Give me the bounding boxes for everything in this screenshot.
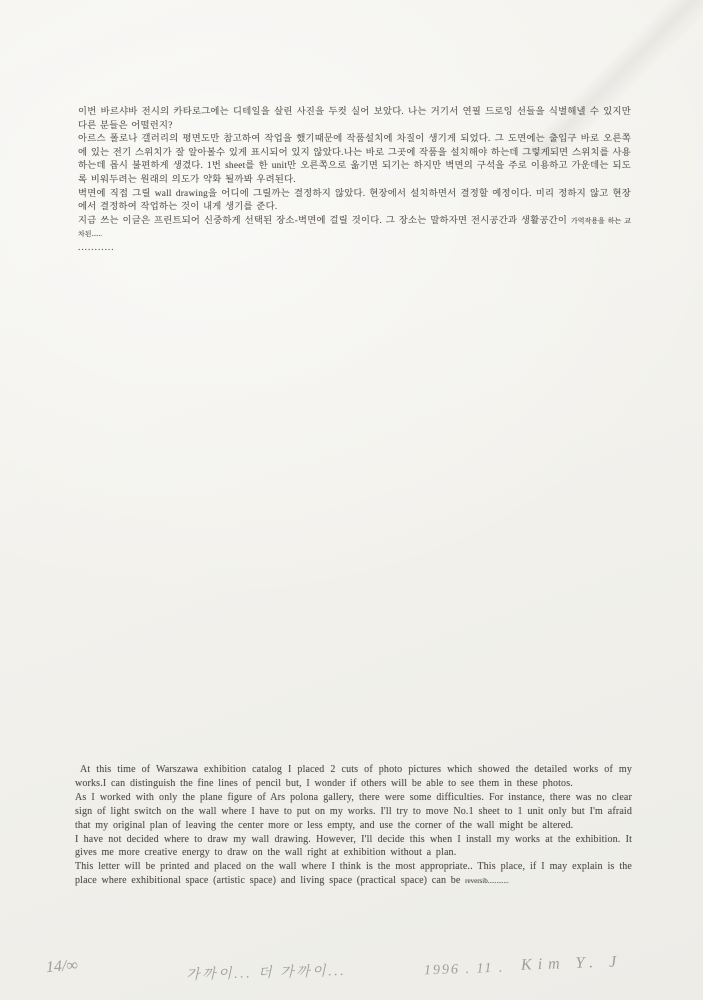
korean-paragraph-2: 아르스 폴로나 갤러리의 평면도만 참고하여 작업을 했기때문에 작품설치에 차… [78, 133, 631, 187]
artist-signature: Kim Y. J [521, 953, 623, 975]
edition-number-handwritten: 14/∞ [45, 957, 78, 977]
english-paragraph-4: This letter will be printed and placed o… [75, 860, 632, 889]
korean-paragraph-3: 벽면에 직접 그릴 wall drawing을 어디에 그릴까는 결정하지 않았… [78, 188, 631, 215]
korean-closing-main: 지금 쓰는 이글은 프린트되어 신중하게 선택된 장소-벽면에 걸릴 것이다. … [78, 216, 571, 226]
english-paragraph-3: I have not decided where to draw my wall… [75, 833, 632, 861]
date-handwritten: 1996 . 11 . [424, 961, 505, 980]
korean-text-block: 이번 바르샤바 전시의 카타로그에는 디테일을 살린 사진을 두컷 실어 보았다… [78, 106, 631, 256]
korean-paragraph-4: 지금 쓰는 이글은 프린트되어 신중하게 선택된 장소-벽면에 걸릴 것이다. … [78, 215, 631, 242]
korean-paragraph-1: 이번 바르샤바 전시의 카타로그에는 디테일을 살린 사진을 두컷 실어 보았다… [78, 106, 631, 133]
english-closing-main: This letter will be printed and placed o… [75, 861, 632, 886]
korean-trailing-dots: ........... [78, 242, 631, 256]
scanned-letter-page: 이번 바르샤바 전시의 카타로그에는 디테일을 살린 사진을 두컷 실어 보았다… [0, 0, 703, 1000]
english-paragraph-1: At this time of Warszawa exhibition cata… [75, 763, 632, 791]
title-handwritten: 가까이... 더 가까이... [186, 960, 347, 984]
english-paragraph-2: As I worked with only the plane figure o… [75, 791, 632, 833]
english-closing-small-tail: reversib............ [465, 877, 509, 885]
english-text-block: At this time of Warszawa exhibition cata… [75, 763, 632, 889]
